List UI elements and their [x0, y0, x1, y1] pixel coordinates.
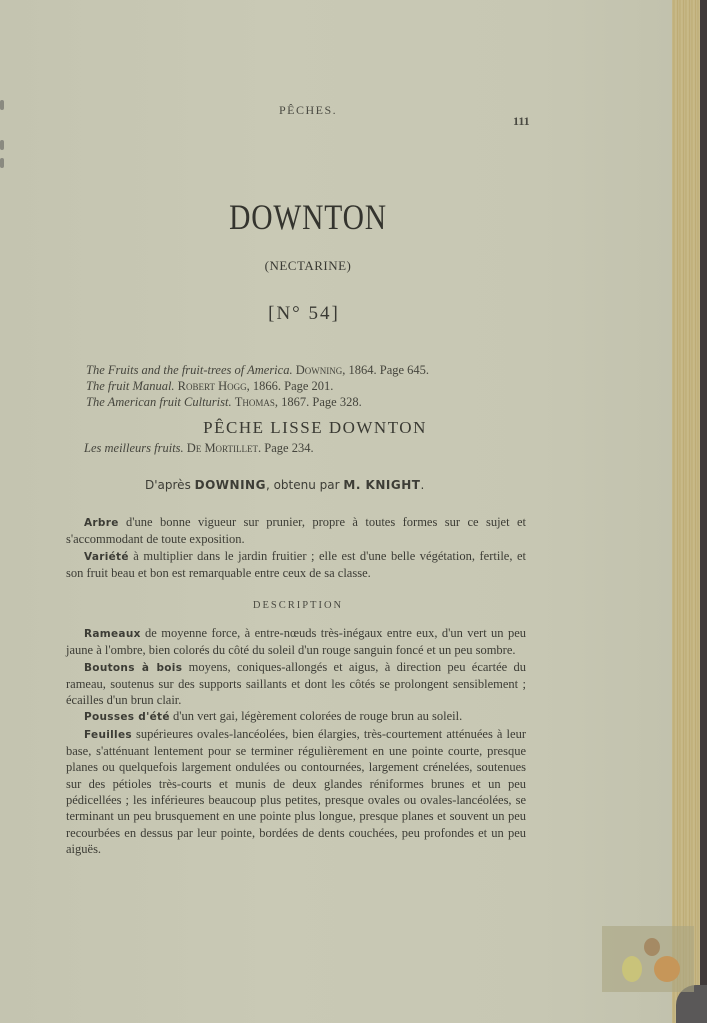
- paragraph-text: d'une bonne vigueur sur prunier, propre …: [66, 515, 526, 546]
- paragraph-text: supérieures ovales-lancéolées, bien élar…: [66, 727, 526, 856]
- margin-mark: [0, 100, 4, 110]
- paragraph-variete: Variété à multiplier dans le jardin frui…: [66, 548, 526, 582]
- reference-line: The fruit Manual. Robert Hogg, 1866. Pag…: [86, 378, 506, 394]
- origin-middle: , obtenu par: [266, 478, 343, 492]
- subtitle: (NECTARINE): [0, 258, 616, 274]
- origin-suffix: .: [420, 478, 424, 492]
- reference-work: The fruit Manual.: [86, 379, 175, 393]
- synonym-reference: Les meilleurs fruits. De Mortillet. Page…: [84, 441, 314, 456]
- reference-detail: , 1866. Page 201.: [247, 379, 334, 393]
- origin-breeder: M. KNIGHT: [343, 478, 420, 492]
- margin-mark: [0, 158, 4, 168]
- reference-line: The Fruits and the fruit-trees of Americ…: [86, 362, 506, 378]
- page-number: 111: [513, 114, 530, 129]
- reference-work: Les meilleurs fruits.: [84, 441, 184, 455]
- running-head: PÊCHES.: [279, 103, 337, 118]
- reference-author: Downing: [296, 363, 343, 377]
- keyword: Arbre: [84, 517, 119, 529]
- paragraph-rameaux: Rameaux de moyenne force, à entre-nœuds …: [66, 625, 526, 659]
- reference-detail: , 1867. Page 328.: [275, 395, 362, 409]
- reference-work: The Fruits and the fruit-trees of Americ…: [86, 363, 293, 377]
- intro-paragraphs: Arbre d'une bonne vigueur sur prunier, p…: [66, 514, 526, 581]
- keyword: Variété: [84, 551, 129, 563]
- references: The Fruits and the fruit-trees of Americ…: [86, 362, 506, 410]
- paragraph-text: à multiplier dans le jardin fruitier ; e…: [66, 549, 526, 580]
- page-title: DOWNTON: [55, 196, 560, 238]
- page-edges: [672, 0, 700, 1023]
- reference-author: Robert Hogg: [178, 379, 247, 393]
- keyword: Feuilles: [84, 729, 132, 741]
- reference-line: The American fruit Culturist. Thomas, 18…: [86, 394, 506, 410]
- keyword: Pousses d'été: [84, 711, 170, 723]
- description-paragraphs: Rameaux de moyenne force, à entre-nœuds …: [66, 625, 526, 857]
- keyword: Boutons à bois: [84, 662, 182, 674]
- reference-detail: . Page 234.: [258, 441, 314, 455]
- origin-prefix: D'après: [145, 478, 195, 492]
- reference-work: The American fruit Culturist.: [86, 395, 232, 409]
- paragraph-text: d'un vert gai, légèrement colorées de ro…: [170, 709, 462, 723]
- reference-author: De Mortillet: [187, 441, 258, 455]
- fruit-shape: [654, 956, 680, 982]
- paragraph-feuilles: Feuilles supérieures ovales-lancéolées, …: [66, 726, 526, 857]
- entry-number: [N° 54]: [0, 303, 608, 325]
- paragraph-pousses: Pousses d'été d'un vert gai, légèrement …: [66, 708, 526, 725]
- fruit-thumbnail-image: [602, 926, 694, 992]
- margin-mark: [0, 140, 4, 150]
- reference-detail: , 1864. Page 645.: [342, 363, 429, 377]
- paragraph-arbre: Arbre d'une bonne vigueur sur prunier, p…: [66, 514, 526, 548]
- leaf-shape: [644, 938, 660, 956]
- origin-source: DOWNING: [195, 478, 266, 492]
- origin-line: D'après DOWNING, obtenu par M. KNIGHT.: [145, 478, 424, 492]
- synonym-heading: PÊCHE LISSE DOWNTON: [0, 418, 630, 438]
- book-page: [0, 0, 676, 1023]
- fruit-shape: [622, 956, 642, 982]
- keyword: Rameaux: [84, 628, 141, 640]
- section-heading-description: DESCRIPTION: [0, 600, 596, 611]
- book-spine-shadow: [700, 0, 707, 1023]
- paragraph-boutons: Boutons à bois moyens, coniques-allongés…: [66, 659, 526, 709]
- reference-author: Thomas: [235, 395, 275, 409]
